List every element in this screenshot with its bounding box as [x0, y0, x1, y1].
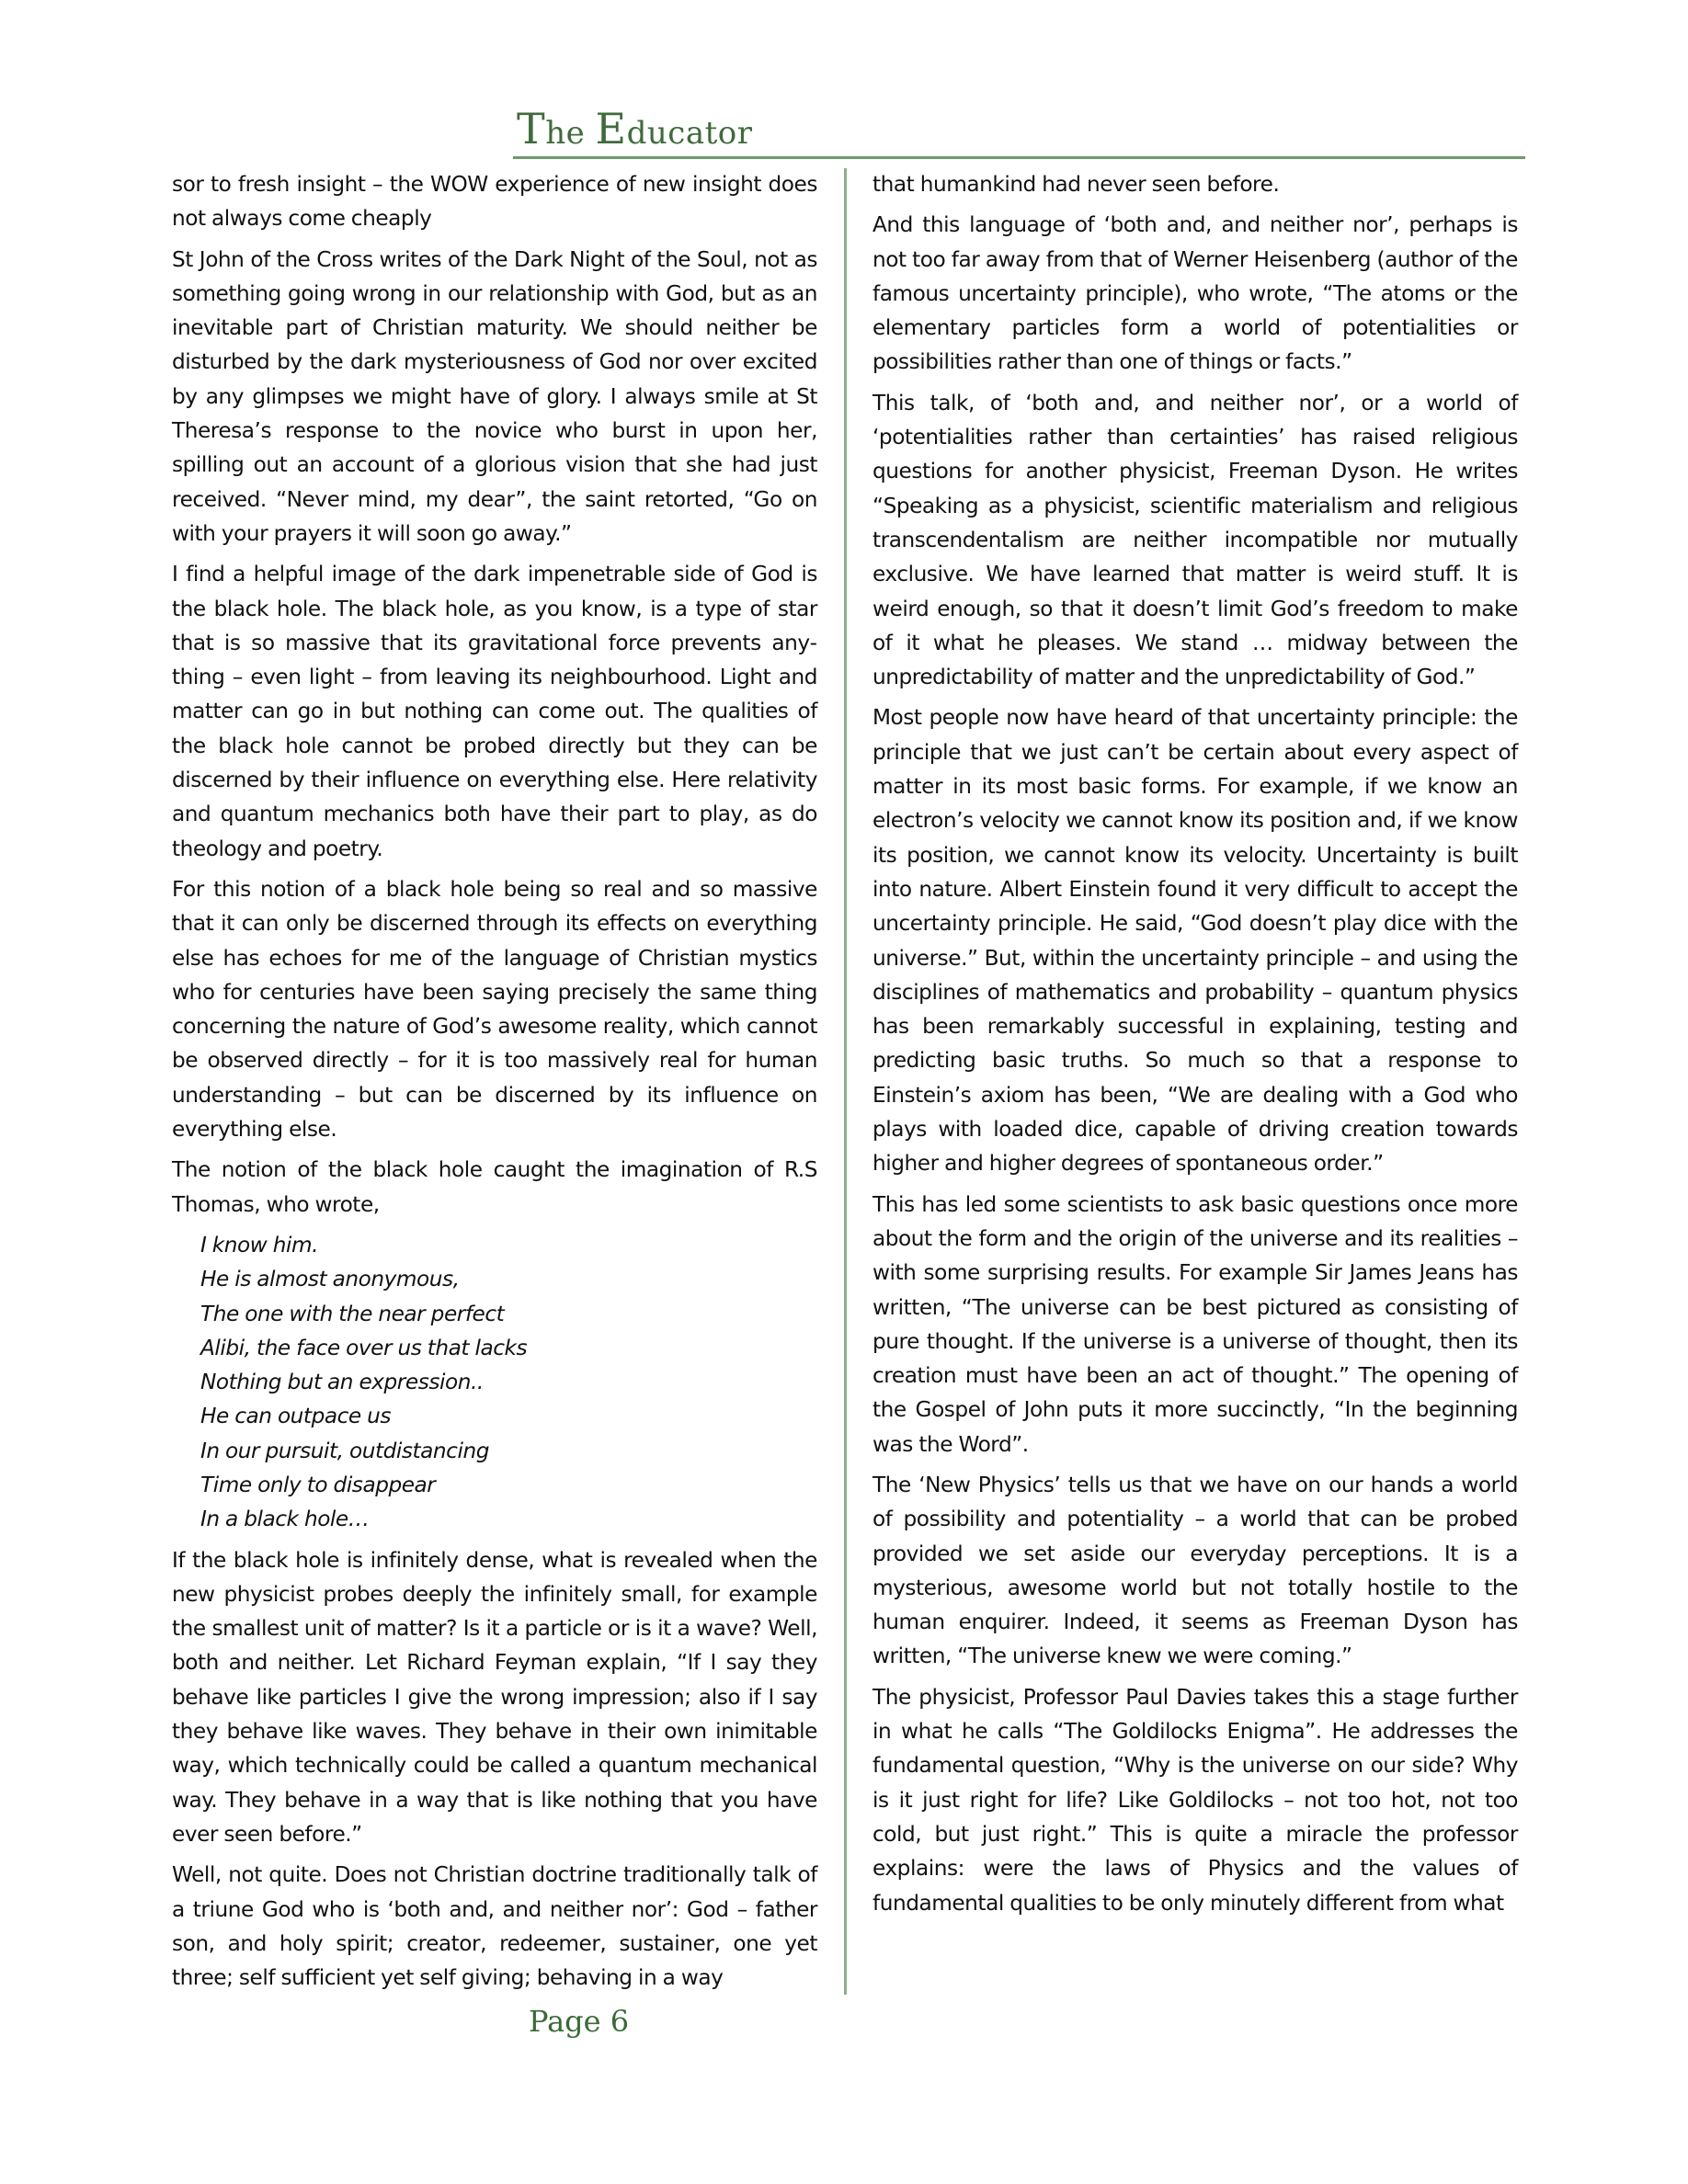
poem-line: Time only to disappear [200, 1468, 817, 1502]
masthead-cap-e: E [596, 104, 627, 154]
masthead-cap-t: T [517, 104, 545, 154]
paragraph: This talk, of ‘both and, and neither nor… [873, 386, 1518, 695]
poem-line: In a black hole… [200, 1502, 817, 1536]
paragraph: sor to fresh insight – the WOW experienc… [172, 167, 817, 236]
paragraph: If the black hole is infinitely dense, w… [172, 1543, 817, 1852]
poem-line: I know him. [200, 1228, 817, 1262]
paragraph: Most people now have heard of that uncer… [873, 700, 1518, 1180]
left-column: sor to fresh insight – the WOW experienc… [172, 167, 817, 2001]
paragraph: Well, not quite. Does not Christian doct… [172, 1858, 817, 1995]
poem-quote: I know him. He is almost anonymous, The … [200, 1228, 817, 1537]
paragraph: The notion of the black hole caught the … [172, 1153, 817, 1222]
paragraph: I find a helpful image of the dark impen… [172, 557, 817, 866]
paragraph: For this notion of a black hole being so… [172, 872, 817, 1146]
poem-line: Alibi, the face over us that lacks [200, 1331, 817, 1365]
masthead-rest-ducator: ducator [627, 115, 753, 152]
paragraph: The ‘New Physics’ tells us that we have … [873, 1468, 1518, 1674]
poem-line: He can outpace us [200, 1399, 817, 1433]
poem-line: In our pursuit, outdistancing [200, 1434, 817, 1468]
right-column: that humankind had never seen before. An… [873, 167, 1518, 1927]
paragraph: The physicist, Professor Paul Davies tak… [873, 1680, 1518, 1920]
poem-line: The one with the near perfect [200, 1297, 817, 1331]
poem-line: He is almost anonymous, [200, 1262, 817, 1296]
paragraph: that humankind had never seen before. [873, 167, 1518, 201]
header-rule [513, 156, 1525, 159]
column-divider [844, 168, 847, 1995]
paragraph: This has led some scientists to ask basi… [873, 1188, 1518, 1462]
masthead-title: The Educator [517, 103, 752, 154]
paragraph: And this language of ‘both and, and neit… [873, 208, 1518, 379]
paragraph: St John of the Cross writes of the Dark … [172, 243, 817, 552]
page-number: Page 6 [529, 2004, 629, 2039]
masthead-rest-he: he [545, 115, 595, 152]
poem-line: Nothing but an expression.. [200, 1365, 817, 1399]
